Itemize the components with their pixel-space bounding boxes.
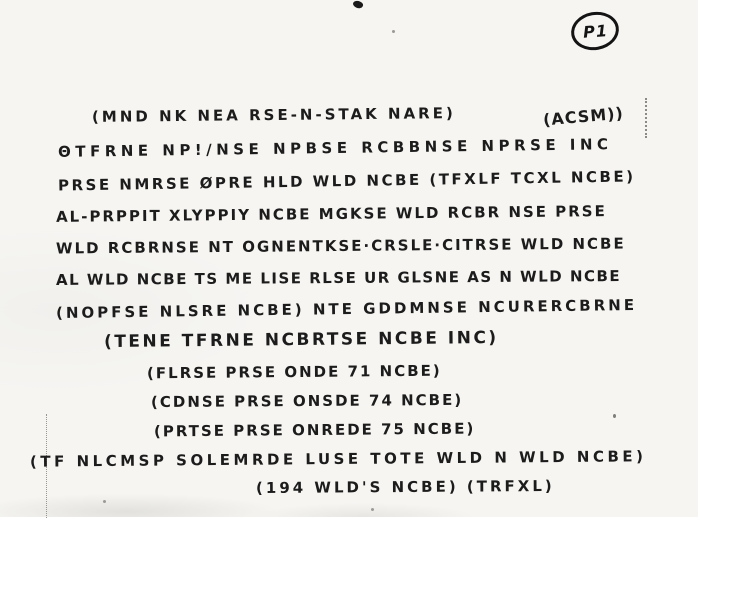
scan-speck (613, 414, 616, 418)
top-right-annotation: (ACSM)) (542, 104, 624, 130)
ink-speck (352, 0, 364, 10)
cipher-line: (MND NK NEA RSE-N-STAK NARE) (92, 104, 456, 126)
cipher-line: PRSE NMRSE ØPRE HLD WLD NCBE (TFXLF TCXL… (58, 167, 636, 194)
cipher-line: (FLRSE PRSE ONDE 71 NCBE) (147, 362, 442, 383)
scan-background: P1 (ACSM)) (MND NK NEA RSE-N-STAK NARE) … (0, 0, 740, 589)
cipher-line: AL-PRPPIT XLYPPIY NCBE MGKSE WLD RCBR NS… (56, 202, 607, 226)
page-number-badge: P1 (568, 8, 622, 54)
scan-speck (103, 500, 106, 503)
cipher-line: (CDNSE PRSE ONSDE 74 NCBE) (151, 391, 463, 411)
cipher-line: (NOPFSE NLSRE NCBE) NTE GDDMNSE NCURERCB… (56, 296, 637, 322)
cipher-line: (194 WLD'S NCBE) (TRFXL) (256, 477, 555, 497)
cipher-line: ΘTFRNE NP!/NSE NPBSE RCBBNSE NPRSE INC (58, 135, 613, 161)
cipher-line: (PRTSE PRSE ONREDE 75 NCBE) (154, 420, 475, 441)
cipher-line: (TF NLCMSP SOLEMRDE LUSE TOTE WLD N WLD … (30, 447, 647, 470)
cipher-line: AL WLD NCBE TS ME LISE RLSE UR GLSNE AS … (56, 267, 621, 289)
dotted-fold-line-right (645, 98, 647, 138)
page-number-label: P1 (582, 21, 608, 42)
scan-speck (371, 508, 374, 511)
scanned-note-paper: P1 (ACSM)) (MND NK NEA RSE-N-STAK NARE) … (0, 0, 698, 517)
scan-speck (392, 30, 395, 33)
cipher-line: WLD RCBRNSE NT OGNENTKSE·CRSLE·CITRSE WL… (56, 235, 626, 258)
cipher-line: (TENE TFRNE NCBRTSE NCBE INC) (104, 328, 499, 352)
